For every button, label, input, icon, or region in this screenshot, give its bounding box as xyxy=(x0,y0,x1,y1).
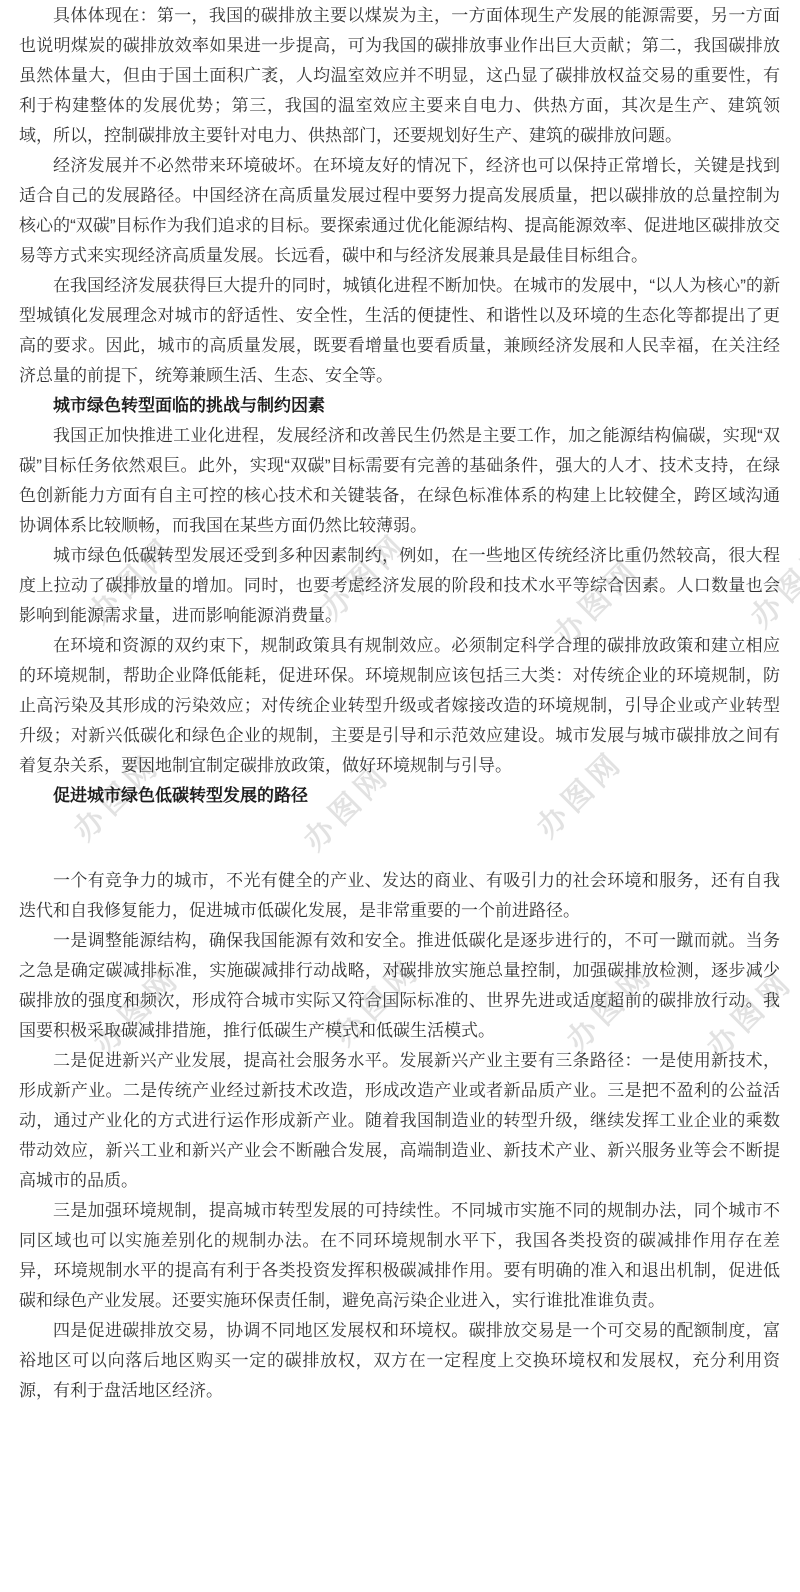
body-paragraph: 具体体现在：第一，我国的碳排放主要以煤炭为主，一方面体现生产发展的能源需要，另一… xyxy=(19,1,780,151)
body-paragraph: 四是促进碳排放交易，协调不同地区发展权和环境权。碳排放交易是一个可交易的配额制度… xyxy=(19,1316,780,1406)
body-paragraph: 一个有竞争力的城市，不光有健全的产业、发达的商业、有吸引力的社会环境和服务，还有… xyxy=(19,866,780,926)
article-body: 具体体现在：第一，我国的碳排放主要以煤炭为主，一方面体现生产发展的能源需要，另一… xyxy=(0,0,800,1406)
body-paragraph: 二是促进新兴产业发展，提高社会服务水平。发展新兴产业主要有三条路径：一是使用新技… xyxy=(19,1046,780,1196)
body-paragraph: 我国正加快推进工业化进程，发展经济和改善民生仍然是主要工作，加之能源结构偏碳，实… xyxy=(19,421,780,541)
body-paragraph: 在我国经济发展获得巨大提升的同时，城镇化进程不断加快。在城市的发展中，“以人为核… xyxy=(19,271,780,391)
body-paragraph: 一是调整能源结构，确保我国能源有效和安全。推进低碳化是逐步进行的，不可一蹴而就。… xyxy=(19,926,780,1046)
body-paragraph: 经济发展并不必然带来环境破坏。在环境友好的情况下，经济也可以保持正常增长，关键是… xyxy=(19,151,780,271)
paragraph-spacer xyxy=(19,811,780,866)
section-heading: 城市绿色转型面临的挑战与制约因素 xyxy=(19,391,780,421)
body-paragraph: 城市绿色低碳转型发展还受到多种因素制约，例如，在一些地区传统经济比重仍然较高，很… xyxy=(19,541,780,631)
body-paragraph: 在环境和资源的双约束下，规制政策具有规制效应。必须制定科学合理的碳排放政策和建立… xyxy=(19,631,780,781)
section-heading: 促进城市绿色低碳转型发展的路径 xyxy=(19,781,780,811)
body-paragraph: 三是加强环境规制，提高城市转型发展的可持续性。不同城市实施不同的规制办法，同个城… xyxy=(19,1196,780,1316)
document-page: 办图网办图网办图网办图网办图网办图网办图网办图网办图网办图网办图网 具体体现在：… xyxy=(0,0,800,1592)
